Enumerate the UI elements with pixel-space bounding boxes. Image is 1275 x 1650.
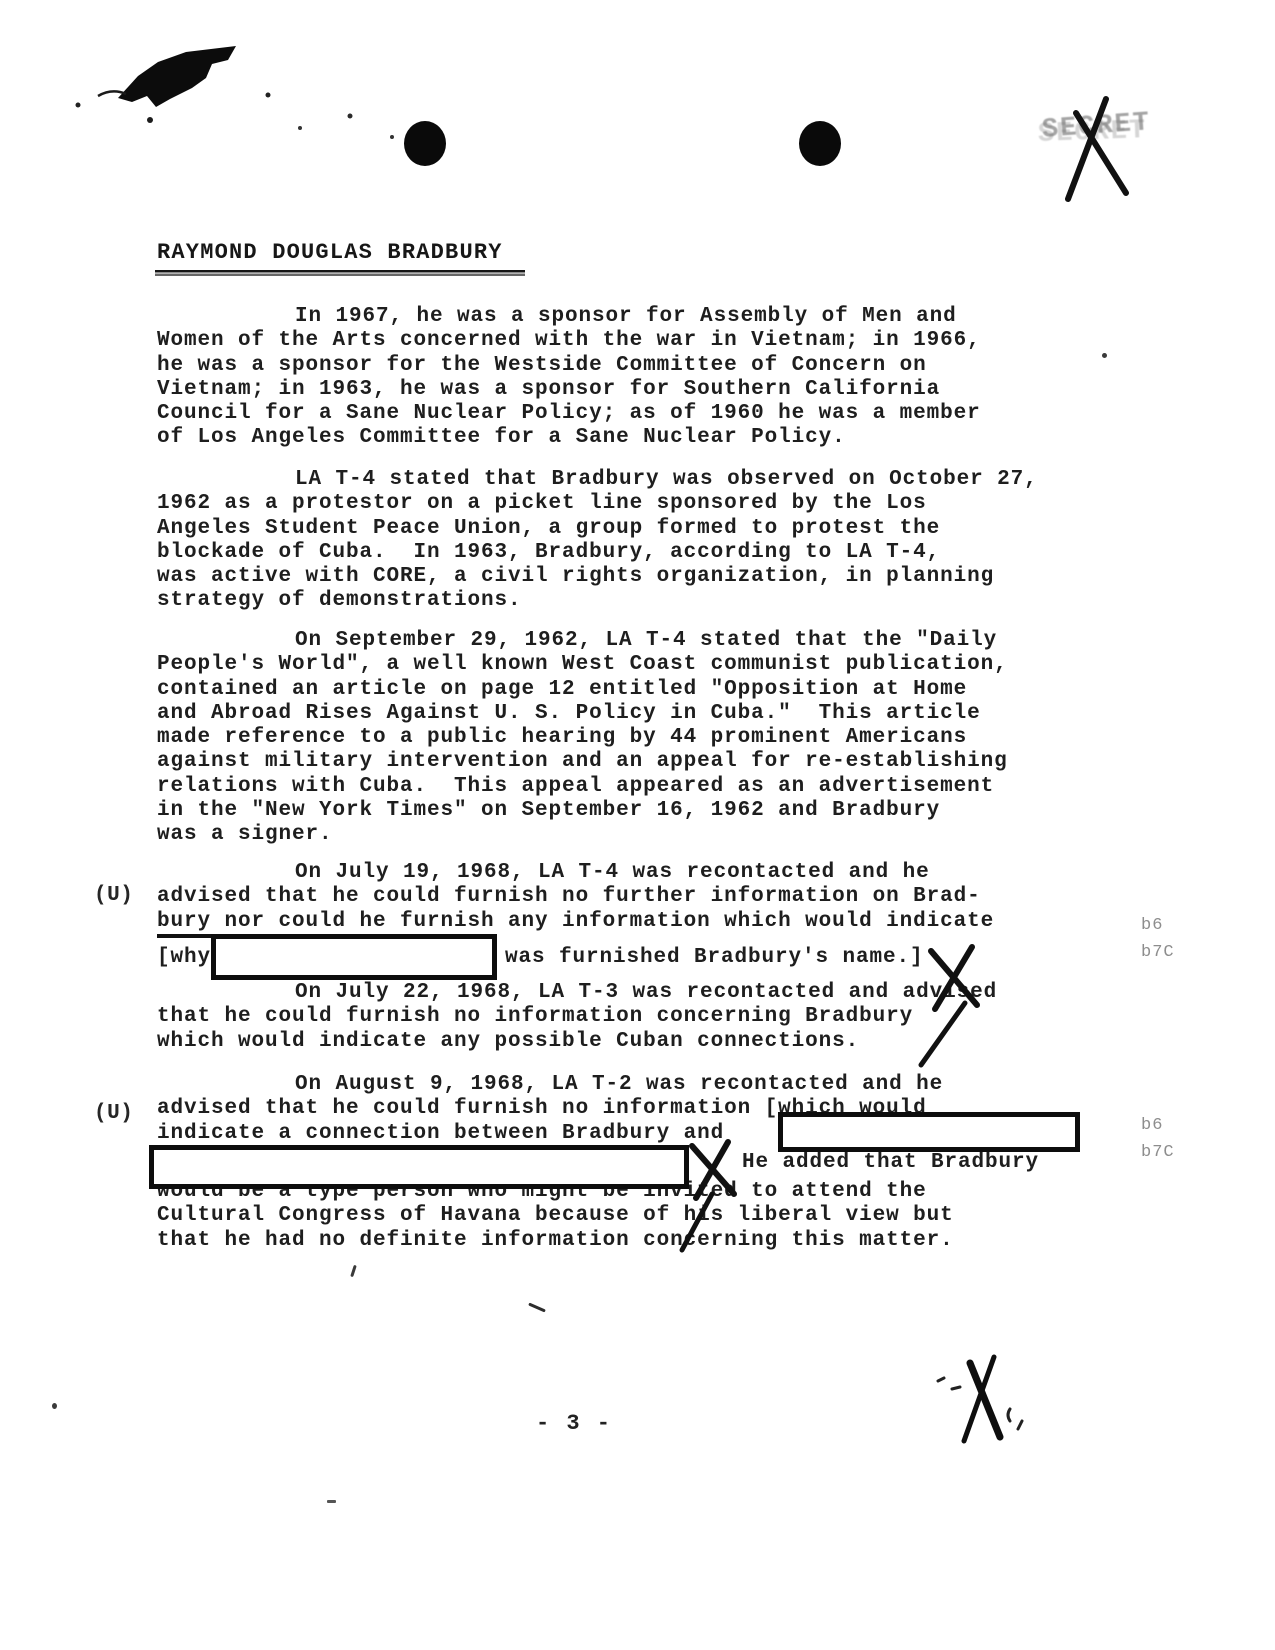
text-line: relations with Cuba. This appeal appeare… — [157, 775, 1077, 799]
text-line: that he had no definite information conc… — [157, 1229, 1077, 1253]
ink-speck — [528, 1302, 546, 1312]
ink-blob-mark — [70, 40, 410, 150]
page-number: - 3 - — [536, 1411, 612, 1436]
bracketed-text-open: [why — [157, 946, 211, 969]
x-mark-stamp — [1040, 85, 1160, 220]
title-underline — [155, 270, 525, 276]
classification-u-marker: (U) — [94, 884, 133, 907]
text-line: People's World", a well known West Coast… — [157, 653, 1077, 677]
hole-punch-mark — [799, 121, 841, 166]
foia-exemption-code: b6 — [1141, 1116, 1163, 1135]
text-line: LA T-4 stated that Bradbury was observed… — [157, 468, 1077, 492]
text-line: On August 9, 1968, LA T-2 was recontacte… — [157, 1073, 1077, 1097]
text-after-redaction: He added that Bradbury — [742, 1151, 1039, 1174]
text-line: and Abroad Rises Against U. S. Policy in… — [157, 702, 1077, 726]
text-line: 1962 as a protestor on a picket line spo… — [157, 492, 1077, 516]
text-line: he was a sponsor for the Westside Commit… — [157, 354, 1077, 378]
ink-speck — [52, 1403, 57, 1409]
paragraph-6-continued: would be a type person who might be invi… — [157, 1180, 1077, 1253]
ink-speck — [327, 1500, 336, 1503]
text-line: On July 19, 1968, LA T-4 was recontacted… — [157, 861, 1077, 885]
text-line: Vietnam; in 1963, he was a sponsor for S… — [157, 378, 1077, 402]
text-line: was a signer. — [157, 823, 1077, 847]
foia-exemption-code: b7C — [1141, 1143, 1175, 1162]
text-line: against military intervention and an app… — [157, 750, 1077, 774]
text-line: strategy of demonstrations. — [157, 589, 1077, 613]
ink-speck — [350, 1265, 357, 1277]
text-line: On September 29, 1962, LA T-4 stated tha… — [157, 629, 1077, 653]
text-line: In 1967, he was a sponsor for Assembly o… — [157, 305, 1077, 329]
text-line: advised that he could furnish no further… — [157, 885, 1077, 909]
redaction-box — [149, 1145, 689, 1189]
text-line: Angeles Student Peace Union, a group for… — [157, 517, 1077, 541]
paragraph-3: On September 29, 1962, LA T-4 stated tha… — [157, 629, 1077, 848]
redaction-box — [211, 934, 497, 980]
text-line: made reference to a public hearing by 44… — [157, 726, 1077, 750]
foia-exemption-code: b7C — [1141, 943, 1175, 962]
paragraph-4: On July 19, 1968, LA T-4 was recontacted… — [157, 861, 1077, 934]
text-line: blockade of Cuba. In 1963, Bradbury, acc… — [157, 541, 1077, 565]
paragraph-2: LA T-4 stated that Bradbury was observed… — [157, 468, 1077, 614]
text-line: Cultural Congress of Havana because of h… — [157, 1204, 1077, 1228]
classification-u-marker: (U) — [94, 1102, 133, 1125]
text-line: of Los Angeles Committee for a Sane Nucl… — [157, 426, 1077, 450]
page-title: RAYMOND DOUGLAS BRADBURY — [157, 240, 503, 265]
text-line: contained an article on page 12 entitled… — [157, 678, 1077, 702]
x-mark-scribble — [672, 1128, 752, 1258]
text-line: in the "New York Times" on September 16,… — [157, 799, 1077, 823]
bracketed-text-close: was furnished Bradbury's name.] — [505, 946, 924, 969]
x-mark-bottom — [930, 1345, 1040, 1455]
scanned-document-page: SECRET SECRET RAYMOND DOUGLAS BRADBURY I… — [0, 0, 1275, 1650]
redaction-box — [778, 1112, 1080, 1152]
text-line: was active with CORE, a civil rights org… — [157, 565, 1077, 589]
foia-exemption-code: b6 — [1141, 916, 1163, 935]
hole-punch-mark — [404, 121, 446, 166]
ink-speck — [1102, 353, 1107, 358]
x-mark-scribble — [915, 925, 1000, 1070]
paragraph-1: In 1967, he was a sponsor for Assembly o… — [157, 305, 1077, 451]
text-line: Council for a Sane Nuclear Policy; as of… — [157, 402, 1077, 426]
text-line: Women of the Arts concerned with the war… — [157, 329, 1077, 353]
